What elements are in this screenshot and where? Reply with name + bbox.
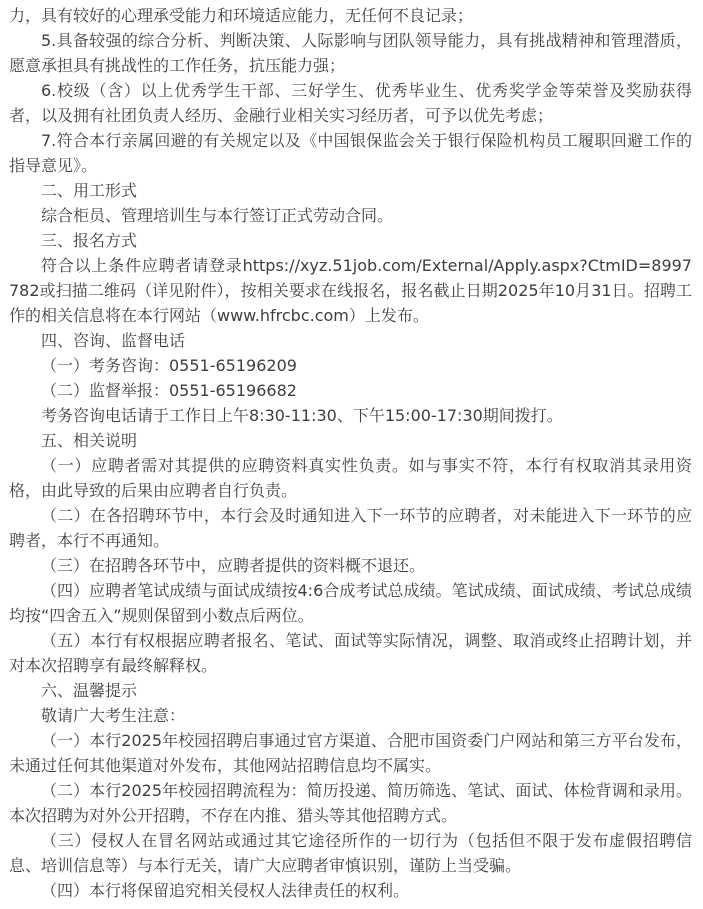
heading-contact-phones: 四、咨询、监督电话 [9, 328, 692, 353]
paragraph-qualification-5: 5.具备较强的综合分析、判断决策、人际影响与团队领导能力，具有挑战精神和管理潜质… [9, 28, 692, 78]
paragraph-note-5: （五）本行有权根据应聘者报名、笔试、面试等实际情况，调整、取消或终止招聘计划，并… [9, 628, 692, 678]
paragraph-note-3: （三）在招聘各环节中，应聘者提供的资料概不退还。 [9, 553, 692, 578]
heading-employment-form: 二、用工形式 [9, 178, 692, 203]
heading-application-method: 三、报名方式 [9, 228, 692, 253]
paragraph-qualification-7: 7.符合本行亲属回避的有关规定以及《中国银保监会关于银行保险机构员工履职回避工作… [9, 128, 692, 178]
paragraph-tip-2: （二）本行2025年校园招聘流程为：简历投递、简历筛选、笔试、面试、体检背调和录… [9, 778, 692, 828]
heading-related-notes: 五、相关说明 [9, 428, 692, 453]
paragraph-note-1: （一）应聘者需对其提供的应聘资料真实性负责。如与事实不符，本行有权取消其录用资格… [9, 453, 692, 503]
paragraph-note-4: （四）应聘者笔试成绩与面试成绩按4:6合成考试总成绩。笔试成绩、面试成绩、考试总… [9, 578, 692, 628]
paragraph-psych-ability-continuation: 力，具有较好的心理承受能力和环境适应能力，无任何不良记录； [9, 3, 692, 28]
paragraph-tip-1: （一）本行2025年校园招聘启事通过官方渠道、合肥市国资委门户网站和第三方平台发… [9, 728, 692, 778]
paragraph-tips-intro: 敬请广大考生注意： [9, 703, 692, 728]
paragraph-qualification-6: 6.校级（含）以上优秀学生干部、三好学生、优秀毕业生、优秀奖学金等荣誉及奖励获得… [9, 78, 692, 128]
paragraph-note-2: （二）在各招聘环节中，本行会及时通知进入下一环节的应聘者，对未能进入下一环节的应… [9, 503, 692, 553]
paragraph-exam-consult-phone: （一）考务咨询：0551-65196209 [9, 353, 692, 378]
paragraph-tip-4: （四）本行将保留追究相关侵权人法律责任的权利。 [9, 878, 692, 903]
paragraph-application-method: 符合以上条件应聘者请登录https://xyz.51job.com/Extern… [9, 253, 692, 328]
heading-warm-tips: 六、温馨提示 [9, 678, 692, 703]
paragraph-tip-3: （三）侵权人在冒名网站或通过其它途径所作的一切行为（包括但不限于发布虚假招聘信息… [9, 828, 692, 878]
paragraph-supervision-phone: （二）监督举报：0551-65196682 [9, 378, 692, 403]
paragraph-employment-form: 综合柜员、管理培训生与本行签订正式劳动合同。 [9, 203, 692, 228]
paragraph-phone-hours: 考务咨询电话请于工作日上午8:30-11:30、下午15:00-17:30期间拨… [9, 403, 692, 428]
document-page: 力，具有较好的心理承受能力和环境适应能力，无任何不良记录； 5.具备较强的综合分… [0, 0, 703, 909]
